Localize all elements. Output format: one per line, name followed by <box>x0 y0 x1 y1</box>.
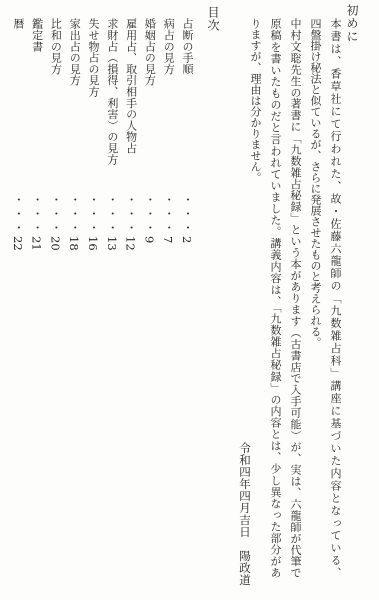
toc-entry: 求財占（損得、利害）の見方 ・・・13 <box>102 18 121 256</box>
toc-page-number: 13 <box>105 236 119 251</box>
toc-leader: ・・・21 <box>27 194 46 251</box>
toc-entry-title: 占断の手順 <box>181 18 194 75</box>
toc-leader: ・・・7 <box>158 194 177 243</box>
toc-entry: 鑑定書 ・・・21 <box>27 18 46 256</box>
toc-page-number: 21 <box>30 236 44 251</box>
toc-page-number: 12 <box>124 236 138 251</box>
preface-signature: 令和四年四月吉日 陽政道 <box>235 442 255 586</box>
leader-dots: ・・・ <box>181 194 194 236</box>
preface-line: 四盤掛け秘法と似ているが、さらに発展させたものと考えられる。 <box>305 18 325 578</box>
toc-entry-title: 鑑定書 <box>31 18 44 52</box>
toc-leader: ・・・20 <box>46 194 65 251</box>
toc-entry-title: 雇用占、取引相手の人物占 <box>125 18 138 154</box>
preface-line: 本書は、香草社にて行われた、故・佐藤六龍師の「九数雑占科」講座に基づいた内容とな… <box>325 18 345 578</box>
toc-page-number: 16 <box>86 236 100 251</box>
toc-entry-title: 求財占（損得、利害）の見方 <box>106 18 119 165</box>
book-page: 初めに 本書は、香草社にて行われた、故・佐藤六龍師の「九数雑占科」講座に基づいた… <box>0 0 379 600</box>
toc-page-number: 7 <box>161 236 175 243</box>
leader-dots: ・・・ <box>125 194 138 236</box>
preface-heading: 初めに <box>344 4 361 43</box>
toc-leader: ・・・9 <box>140 194 159 243</box>
toc-entry: 暦 ・・・22 <box>8 18 27 256</box>
preface-line: 中村文聡先生の著書に「九数雑占秘録」という本があります（古書店で入手可能）が、実… <box>285 18 305 578</box>
toc-leader: ・・・22 <box>8 194 27 251</box>
toc-entry: 病占の見方 ・・・7 <box>158 18 177 256</box>
toc-heading: 目次 <box>205 6 222 32</box>
toc-entry-title: 病占の見方 <box>162 18 175 75</box>
leader-dots: ・・・ <box>162 194 175 236</box>
toc-leader: ・・・13 <box>102 194 121 251</box>
leader-dots: ・・・ <box>143 194 156 236</box>
toc-page-number: 18 <box>67 236 81 251</box>
leader-dots: ・・・ <box>106 194 119 236</box>
toc-entry: 家出占の見方 ・・・18 <box>64 18 83 256</box>
toc-entry: 失せ物占の見方 ・・・16 <box>83 18 102 256</box>
leader-dots: ・・・ <box>87 194 100 236</box>
toc-page-number: 2 <box>180 236 194 243</box>
toc-entry: 比和の見方 ・・・20 <box>46 18 65 256</box>
toc-entry-title: 暦 <box>12 18 25 29</box>
toc-leader: ・・・18 <box>64 194 83 251</box>
preface-line: 原稿を書いたものだと言われていました。講義内容は、「九数雑占秘録」の内容とは、少… <box>265 18 285 578</box>
toc-leader: ・・・12 <box>121 194 140 251</box>
toc-page-number: 22 <box>11 236 25 251</box>
leader-dots: ・・・ <box>12 194 25 236</box>
preface-body: 本書は、香草社にて行われた、故・佐藤六龍師の「九数雑占科」講座に基づいた内容とな… <box>245 18 345 582</box>
leader-dots: ・・・ <box>68 194 81 236</box>
toc-entry-title: 比和の見方 <box>49 18 62 75</box>
toc-entry-title: 婚姻占の見方 <box>143 18 156 86</box>
toc-entry: 雇用占、取引相手の人物占 ・・・12 <box>121 18 140 256</box>
toc-entry-title: 家出占の見方 <box>68 18 81 86</box>
toc-entry-title: 失せ物占の見方 <box>87 18 100 97</box>
toc-page-number: 20 <box>48 236 62 251</box>
leader-dots: ・・・ <box>31 194 44 236</box>
toc-entry: 占断の手順 ・・・2 <box>177 18 196 256</box>
toc-leader: ・・・16 <box>83 194 102 251</box>
toc-leader: ・・・2 <box>177 194 196 243</box>
toc-list: 占断の手順 ・・・2 病占の見方 ・・・7 婚姻占の見方 ・・・9 雇用占、取引… <box>8 18 196 258</box>
toc-entry: 婚姻占の見方 ・・・9 <box>140 18 159 256</box>
toc-page-number: 9 <box>142 236 156 243</box>
leader-dots: ・・・ <box>49 194 62 236</box>
